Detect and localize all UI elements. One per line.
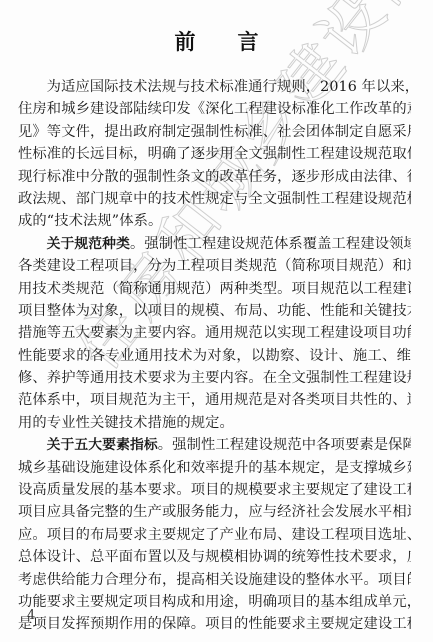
line-text: 用技术类规范（简称通用规范）两种类型。项目规范以工程建设	[18, 281, 411, 297]
text-line: 应。项目的布局要求主要规定了产业布局、建设工程项目选址、	[18, 524, 411, 546]
line-text: 范体系中，项目规范为主干，通用规范是对各类项目共性的、通	[18, 392, 411, 408]
line-text: 住房和城乡建设部陆续印发《深化工程建设标准化工作改革的意	[18, 101, 411, 117]
text-line: 项目应具备完整的生产或服务能力，应与经济社会发展水平相适	[18, 501, 411, 523]
line-text: 项目应具备完整的生产或服务能力，应与经济社会发展水平相适	[18, 504, 411, 520]
text-line: 为适应国际技术法规与技术标准通行规则，2016 年以来，	[18, 76, 411, 98]
line-text: 功能要求主要规定项目构成和用途，明确项目的基本组成单元，	[18, 594, 411, 610]
body-text: 为适应国际技术法规与技术标准通行规则，2016 年以来，住房和城乡建设部陆续印发…	[18, 76, 411, 636]
text-line: 成的“技术法规”体系。	[18, 210, 411, 232]
text-line: 修、养护等通用技术要求为主要内容。在全文强制性工程建设规	[18, 367, 411, 389]
section-heading: 关于规范种类	[47, 236, 130, 252]
text-line: 是项目发挥预期作用的保障。项目的性能要求主要规定建设工程	[18, 613, 411, 635]
line-text: 为适应国际技术法规与技术标准通行规则，2016 年以来，	[47, 79, 411, 95]
line-text: 措施等五大要素为主要内容。通用规范以实现工程建设项目功能	[18, 325, 411, 341]
line-text: 性能要求的各专业通用技术为对象，以勘察、设计、施工、维	[18, 348, 411, 364]
text-line: 考虑供给能力合理分布，提高相关设施建设的整体水平。项目的	[18, 569, 411, 591]
line-text: 。强制性工程建设规范中各项要素是保障	[158, 437, 411, 453]
text-line: 性标准的长远目标，明确了逐步用全文强制性工程建设规范取代	[18, 143, 411, 165]
page-number: 4	[27, 608, 35, 623]
text-line: 用技术类规范（简称通用规范）两种类型。项目规范以工程建设	[18, 278, 411, 300]
text-line: 措施等五大要素为主要内容。通用规范以实现工程建设项目功能	[18, 322, 411, 344]
line-text: 见》等文件，提出政府制定强制性标准、社会团体制定自愿采用	[18, 124, 411, 140]
title-char-1: 前	[175, 26, 196, 56]
text-line: 各类建设工程项目，分为工程项目类规范（简称项目规范）和通	[18, 255, 411, 277]
text-line: 项目整体为对象，以项目的规模、布局、功能、性能和关键技术	[18, 300, 411, 322]
line-text: 性标准的长远目标，明确了逐步用全文强制性工程建设规范取代	[18, 146, 411, 162]
text-line: 城乡基础设施建设体系化和效率提升的基本规定，是支撑城乡建	[18, 457, 411, 479]
text-line: 用的专业性关键技术措施的规定。	[18, 412, 411, 434]
line-text: 是项目发挥预期作用的保障。项目的性能要求主要规定建设工程	[18, 616, 411, 632]
text-line: 设高质量发展的基本要求。项目的规模要求主要规定了建设工程	[18, 479, 411, 501]
text-line: 关于规范种类。强制性工程建设规范体系覆盖工程建设领域	[18, 233, 411, 255]
document-page: 住房和城乡建设部信息公开 前言 为适应国际技术法规与技术标准通行规则，2016 …	[0, 0, 433, 642]
line-text: 设高质量发展的基本要求。项目的规模要求主要规定了建设工程	[18, 482, 411, 498]
text-line: 关于五大要素指标。强制性工程建设规范中各项要素是保障	[18, 434, 411, 456]
section-heading: 关于五大要素指标	[47, 437, 158, 453]
text-line: 政法规、部门规章中的技术性规定与全文强制性工程建设规范构	[18, 188, 411, 210]
line-text: 现行标准中分散的强制性条文的改革任务，逐步形成由法律、行	[18, 169, 411, 185]
line-text: 各类建设工程项目，分为工程项目类规范（简称项目规范）和通	[18, 258, 411, 274]
line-text: 应。项目的布局要求主要规定了产业布局、建设工程项目选址、	[18, 527, 411, 543]
line-text: 修、养护等通用技术要求为主要内容。在全文强制性工程建设规	[18, 370, 411, 386]
text-line: 住房和城乡建设部陆续印发《深化工程建设标准化工作改革的意	[18, 98, 411, 120]
line-text: 考虑供给能力合理分布，提高相关设施建设的整体水平。项目的	[18, 572, 411, 588]
text-line: 现行标准中分散的强制性条文的改革任务，逐步形成由法律、行	[18, 166, 411, 188]
line-text: 政法规、部门规章中的技术性规定与全文强制性工程建设规范构	[18, 191, 411, 207]
text-line: 见》等文件，提出政府制定强制性标准、社会团体制定自愿采用	[18, 121, 411, 143]
text-line: 总体设计、总平面布置以及与规模相协调的统筹性技术要求，应	[18, 546, 411, 568]
line-text: 城乡基础设施建设体系化和效率提升的基本规定，是支撑城乡建	[18, 460, 411, 476]
page-title: 前言	[0, 26, 433, 56]
line-text: 总体设计、总平面布置以及与规模相协调的统筹性技术要求，应	[18, 549, 411, 565]
line-text: 成的“技术法规”体系。	[18, 213, 162, 229]
line-text: 用的专业性关键技术措施的规定。	[18, 415, 234, 431]
text-line: 功能要求主要规定项目构成和用途，明确项目的基本组成单元，	[18, 591, 411, 613]
line-text: 。强制性工程建设规范体系覆盖工程建设领域	[130, 236, 411, 252]
line-text: 项目整体为对象，以项目的规模、布局、功能、性能和关键技术	[18, 303, 411, 319]
title-char-2: 言	[238, 26, 259, 56]
text-line: 范体系中，项目规范为主干，通用规范是对各类项目共性的、通	[18, 389, 411, 411]
text-line: 性能要求的各专业通用技术为对象，以勘察、设计、施工、维	[18, 345, 411, 367]
